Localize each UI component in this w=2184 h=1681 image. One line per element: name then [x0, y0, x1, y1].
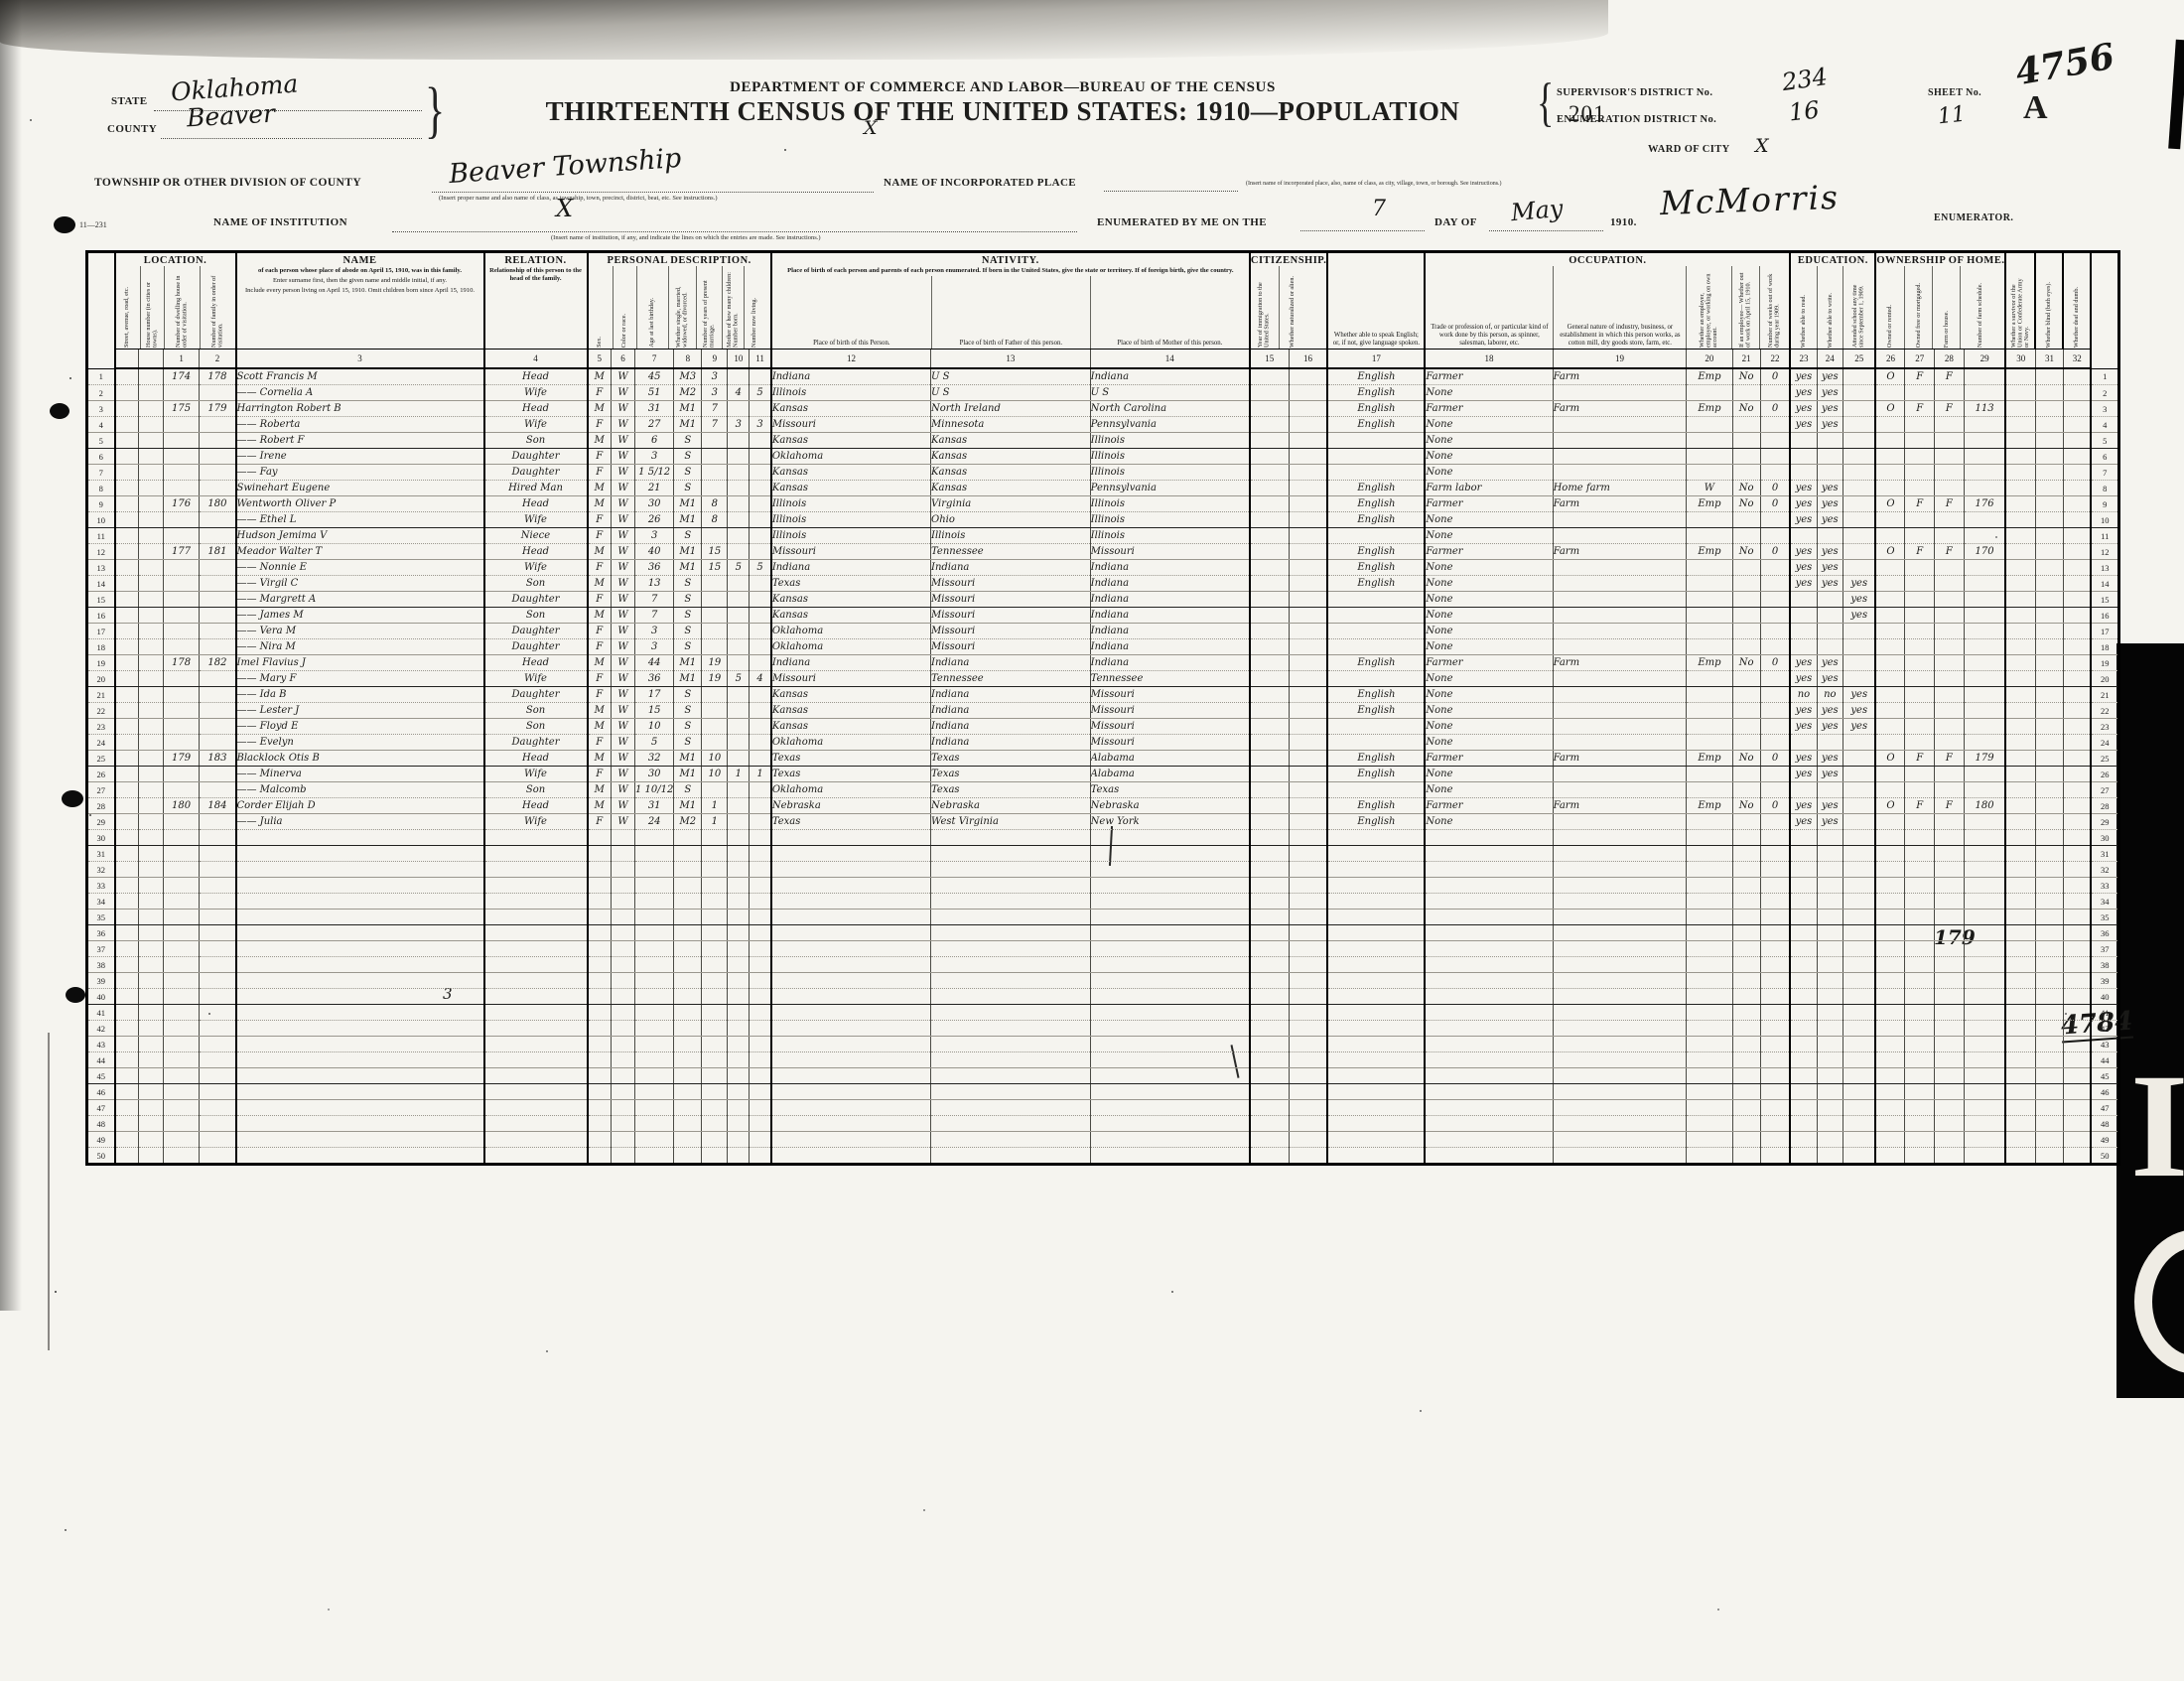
cell-house-number: [139, 417, 163, 433]
cell-marital-status: M1: [674, 560, 702, 576]
cell-age: 31: [635, 401, 674, 417]
cell-home-free: [1905, 703, 1935, 719]
cell-attended-school: [1843, 910, 1876, 925]
row-number-right: 32: [2091, 862, 2118, 878]
cell-house-number: [139, 401, 163, 417]
cell-farm-schedule: [1964, 687, 2005, 703]
cell-dwelling-number: [163, 846, 200, 862]
cell-home-free: [1905, 1021, 1935, 1037]
cell-dwelling-number: [163, 910, 200, 925]
column-number-19: 19: [1553, 350, 1687, 369]
cell-weeks-out: [1760, 592, 1790, 608]
cell-farm-or-house: [1935, 1052, 1965, 1068]
cell-mother-birthplace: Indiana: [1090, 368, 1250, 385]
cell-out-of-work: [1732, 814, 1760, 830]
cell-mother-birthplace: Indiana: [1090, 639, 1250, 655]
cell-employer-status: [1687, 465, 1732, 481]
cell-marital-status: [674, 1021, 702, 1037]
cell-naturalized: [1289, 989, 1327, 1005]
cell-farm-schedule: [1964, 592, 2005, 608]
cell-civil-war-veteran: [2005, 925, 2035, 941]
cell-children-born: [728, 1084, 750, 1100]
row-number-right: 19: [2091, 655, 2118, 671]
cell-age: [635, 1132, 674, 1148]
cell-farm-schedule: 170: [1964, 544, 2005, 560]
cell-children-living: [750, 735, 771, 751]
cell-speaks-english: [1327, 608, 1425, 624]
cell-color-race: [612, 910, 635, 925]
group-header-citizenship: CITIZENSHIP.Year of immigration to the U…: [1250, 252, 1328, 350]
scan-speckles: [30, 119, 32, 121]
cell-speaks-english: English: [1327, 368, 1425, 385]
cell-blind: [2035, 592, 2063, 608]
cell-birthplace: [771, 1037, 931, 1052]
cell-trade: None: [1425, 465, 1553, 481]
year-label: 1910.: [1610, 216, 1637, 228]
cell-attended-school: [1843, 1148, 1876, 1165]
cell-can-write: [1817, 608, 1843, 624]
cell-name: —— Minerva: [236, 767, 484, 782]
row-number-left: 22: [87, 703, 115, 719]
cell-house-number: [139, 782, 163, 798]
cell-farm-schedule: [1964, 989, 2005, 1005]
cell-house-number: [139, 846, 163, 862]
cell-name: [236, 830, 484, 846]
cell-street: [115, 751, 139, 767]
row-number-right: 15: [2091, 592, 2118, 608]
cell-relation: Wife: [484, 512, 588, 528]
column-number-8: 8: [674, 350, 702, 369]
cell-years-married: [702, 1084, 728, 1100]
cell-children-living: [750, 782, 771, 798]
cell-children-born: [728, 719, 750, 735]
cell-home-free: F: [1905, 798, 1935, 814]
cell-immigration-year: [1250, 925, 1289, 941]
cell-weeks-out: [1760, 1132, 1790, 1148]
cell-can-write: [1817, 830, 1843, 846]
cell-immigration-year: [1250, 368, 1289, 385]
cell-street: [115, 1100, 139, 1116]
cell-marital-status: [674, 941, 702, 957]
cell-children-born: [728, 496, 750, 512]
cell-farm-or-house: [1935, 925, 1965, 941]
county-value: Beaver: [186, 99, 275, 133]
row-number-right: 5: [2091, 433, 2118, 449]
cell-home-owned: [1875, 973, 1905, 989]
cell-blind: [2035, 846, 2063, 862]
cell-farm-or-house: [1935, 814, 1965, 830]
column-number-10: 10: [728, 350, 750, 369]
cell-civil-war-veteran: [2005, 719, 2035, 735]
cell-family-number: [200, 846, 236, 862]
cell-trade: None: [1425, 703, 1553, 719]
cell-name: —— Evelyn: [236, 735, 484, 751]
cell-dwelling-number: [163, 894, 200, 910]
cell-children-born: [728, 989, 750, 1005]
column-number-16: 16: [1289, 350, 1327, 369]
cell-relation: Head: [484, 401, 588, 417]
cell-attended-school: [1843, 401, 1876, 417]
enumerator-signature: McMorris: [1659, 178, 1840, 222]
cell-employer-status: Emp: [1687, 798, 1732, 814]
cell-can-write: no: [1817, 687, 1843, 703]
cell-children-living: [750, 703, 771, 719]
row-number-left: 25: [87, 751, 115, 767]
cell-home-free: F: [1905, 401, 1935, 417]
cell-farm-or-house: [1935, 639, 1965, 655]
cell-speaks-english: [1327, 1116, 1425, 1132]
cell-color-race: W: [612, 433, 635, 449]
cell-naturalized: [1289, 512, 1327, 528]
cell-farm-or-house: [1935, 433, 1965, 449]
group-header-column: Whether blind (both eyes).: [2035, 252, 2063, 350]
cell-years-married: [702, 687, 728, 703]
column-number-18: 18: [1425, 350, 1553, 369]
cell-home-free: [1905, 973, 1935, 989]
column-number-31: 31: [2035, 350, 2063, 369]
cell-age: 40: [635, 544, 674, 560]
cell-family-number: [200, 576, 236, 592]
cell-name: [236, 910, 484, 925]
cell-relation: Head: [484, 798, 588, 814]
cell-birthplace: Kansas: [771, 687, 931, 703]
cell-farm-schedule: [1964, 878, 2005, 894]
cell-street: [115, 385, 139, 401]
cell-home-owned: [1875, 1037, 1905, 1052]
cell-civil-war-veteran: [2005, 481, 2035, 496]
cell-blind: [2035, 894, 2063, 910]
cell-birthplace: [771, 1021, 931, 1037]
cell-industry: [1553, 973, 1687, 989]
cell-marital-status: S: [674, 433, 702, 449]
cell-dwelling-number: [163, 735, 200, 751]
cell-farm-or-house: [1935, 782, 1965, 798]
cell-immigration-year: [1250, 1052, 1289, 1068]
cell-weeks-out: [1760, 1037, 1790, 1052]
cell-children-born: [728, 368, 750, 385]
cell-civil-war-veteran: [2005, 894, 2035, 910]
cell-age: 24: [635, 814, 674, 830]
cell-house-number: [139, 1100, 163, 1116]
cell-sex: M: [588, 608, 612, 624]
incorporated-note: (Insert name of incorporated place, also…: [1246, 181, 1583, 187]
cell-civil-war-veteran: [2005, 512, 2035, 528]
cell-children-born: [728, 703, 750, 719]
cell-children-born: [728, 751, 750, 767]
cell-employer-status: [1687, 782, 1732, 798]
cell-trade: None: [1425, 608, 1553, 624]
cell-years-married: [702, 1100, 728, 1116]
cell-color-race: W: [612, 592, 635, 608]
cell-immigration-year: [1250, 671, 1289, 687]
cell-immigration-year: [1250, 576, 1289, 592]
cell-dwelling-number: [163, 830, 200, 846]
cell-children-living: 4: [750, 671, 771, 687]
cell-out-of-work: [1732, 639, 1760, 655]
cell-street: [115, 671, 139, 687]
cell-street: [115, 1116, 139, 1132]
cell-weeks-out: [1760, 846, 1790, 862]
cell-sex: [588, 1100, 612, 1116]
cell-can-read: [1790, 449, 1817, 465]
township-value: Beaver Township: [448, 143, 682, 190]
township-line: [432, 191, 874, 193]
cell-dwelling-number: [163, 1148, 200, 1165]
county-label: COUNTY: [107, 123, 157, 135]
cell-blind: [2035, 544, 2063, 560]
cell-weeks-out: [1760, 608, 1790, 624]
cell-deaf-dumb: [2063, 703, 2091, 719]
cell-street: [115, 687, 139, 703]
cell-civil-war-veteran: [2005, 1021, 2035, 1037]
cell-relation: Wife: [484, 671, 588, 687]
cell-children-living: [750, 1084, 771, 1100]
cell-farm-or-house: [1935, 481, 1965, 496]
cell-employer-status: [1687, 1068, 1732, 1084]
column-number-30: 30: [2005, 350, 2035, 369]
cell-can-read: [1790, 1116, 1817, 1132]
cell-blind: [2035, 465, 2063, 481]
cell-employer-status: [1687, 433, 1732, 449]
cell-out-of-work: [1732, 560, 1760, 576]
row-number-right: 34: [2091, 894, 2118, 910]
cell-speaks-english: [1327, 671, 1425, 687]
cell-house-number: [139, 703, 163, 719]
cell-naturalized: [1289, 417, 1327, 433]
cell-years-married: 8: [702, 496, 728, 512]
cell-children-born: 5: [728, 671, 750, 687]
cell-farm-or-house: [1935, 1116, 1965, 1132]
cell-name: Wentworth Oliver P: [236, 496, 484, 512]
cell-age: 3: [635, 624, 674, 639]
cell-industry: [1553, 1132, 1687, 1148]
cell-home-owned: [1875, 719, 1905, 735]
cell-naturalized: [1289, 655, 1327, 671]
cell-home-owned: [1875, 1116, 1905, 1132]
cell-can-write: yes: [1817, 767, 1843, 782]
cell-mother-birthplace: [1090, 830, 1250, 846]
row-number-left: 20: [87, 671, 115, 687]
cell-can-read: [1790, 957, 1817, 973]
cell-can-write: yes: [1817, 385, 1843, 401]
cell-farm-or-house: [1935, 465, 1965, 481]
cell-attended-school: [1843, 1116, 1876, 1132]
cell-family-number: [200, 512, 236, 528]
cell-deaf-dumb: [2063, 925, 2091, 941]
cell-family-number: [200, 1148, 236, 1165]
cell-weeks-out: 0: [1760, 655, 1790, 671]
cell-industry: [1553, 671, 1687, 687]
cell-speaks-english: English: [1327, 496, 1425, 512]
cell-age: [635, 925, 674, 941]
cell-street: [115, 1148, 139, 1165]
cell-trade: None: [1425, 512, 1553, 528]
cell-house-number: [139, 751, 163, 767]
row-number-left: 48: [87, 1116, 115, 1132]
row-number-left: 12: [87, 544, 115, 560]
cell-age: 3: [635, 528, 674, 544]
cell-employer-status: [1687, 862, 1732, 878]
cell-farm-schedule: [1964, 576, 2005, 592]
cell-children-born: [728, 1005, 750, 1021]
day-of-label: DAY OF: [1434, 216, 1477, 228]
cell-home-free: [1905, 830, 1935, 846]
cell-industry: [1553, 385, 1687, 401]
cell-dwelling-number: 179: [163, 751, 200, 767]
cell-can-read: yes: [1790, 814, 1817, 830]
cell-civil-war-veteran: [2005, 592, 2035, 608]
cell-children-living: 1: [750, 767, 771, 782]
cell-children-living: [750, 798, 771, 814]
cell-immigration-year: [1250, 433, 1289, 449]
cell-can-write: yes: [1817, 417, 1843, 433]
cell-blind: [2035, 608, 2063, 624]
cell-industry: [1553, 989, 1687, 1005]
cell-sex: F: [588, 417, 612, 433]
cell-can-write: [1817, 894, 1843, 910]
cell-home-free: [1905, 719, 1935, 735]
cell-deaf-dumb: [2063, 368, 2091, 385]
cell-relation: Daughter: [484, 735, 588, 751]
cell-father-birthplace: Indiana: [931, 719, 1091, 735]
cell-speaks-english: [1327, 1021, 1425, 1037]
cell-sex: F: [588, 560, 612, 576]
cell-employer-status: [1687, 767, 1732, 782]
incorporated-line: [1104, 190, 1238, 192]
cell-age: [635, 1005, 674, 1021]
cell-trade: None: [1425, 528, 1553, 544]
cell-employer-status: [1687, 910, 1732, 925]
cell-name: —— Virgil C: [236, 576, 484, 592]
cell-farm-schedule: [1964, 624, 2005, 639]
cell-weeks-out: [1760, 989, 1790, 1005]
cell-mother-birthplace: [1090, 1148, 1250, 1165]
cell-mother-birthplace: New York: [1090, 814, 1250, 830]
cell-mother-birthplace: U S: [1090, 385, 1250, 401]
cell-age: 3: [635, 639, 674, 655]
state-label: STATE: [111, 95, 147, 107]
cell-dwelling-number: [163, 465, 200, 481]
cell-farm-or-house: [1935, 624, 1965, 639]
column-label: Age at last birthday.: [649, 297, 656, 349]
cell-children-born: [728, 782, 750, 798]
cell-relation: Daughter: [484, 449, 588, 465]
cell-family-number: [200, 830, 236, 846]
cell-children-living: [750, 941, 771, 957]
cell-immigration-year: [1250, 1037, 1289, 1052]
cell-age: 15: [635, 703, 674, 719]
cell-home-owned: [1875, 465, 1905, 481]
cell-out-of-work: No: [1732, 751, 1760, 767]
cell-can-write: [1817, 639, 1843, 655]
cell-color-race: W: [612, 798, 635, 814]
cell-industry: [1553, 767, 1687, 782]
cell-immigration-year: [1250, 782, 1289, 798]
cell-family-number: [200, 528, 236, 544]
cell-farm-or-house: [1935, 989, 1965, 1005]
cell-weeks-out: [1760, 1005, 1790, 1021]
dept-line: DEPARTMENT OF COMMERCE AND LABOR—BUREAU …: [556, 79, 1449, 96]
cell-weeks-out: [1760, 1021, 1790, 1037]
cell-birthplace: [771, 957, 931, 973]
column-number-7: 7: [635, 350, 674, 369]
cell-can-write: [1817, 846, 1843, 862]
cell-children-born: [728, 433, 750, 449]
cell-children-living: [750, 1005, 771, 1021]
cell-mother-birthplace: [1090, 1005, 1250, 1021]
cell-deaf-dumb: [2063, 576, 2091, 592]
cell-sex: F: [588, 449, 612, 465]
cell-blind: [2035, 385, 2063, 401]
row-number-right: 8: [2091, 481, 2118, 496]
cell-trade: [1425, 1005, 1553, 1021]
cell-children-born: 3: [728, 417, 750, 433]
cell-birthplace: Oklahoma: [771, 624, 931, 639]
cell-home-free: [1905, 1068, 1935, 1084]
cell-can-read: yes: [1790, 401, 1817, 417]
cell-industry: [1553, 1005, 1687, 1021]
cell-family-number: [200, 417, 236, 433]
cell-attended-school: [1843, 751, 1876, 767]
cell-birthplace: Oklahoma: [771, 782, 931, 798]
cell-children-born: [728, 941, 750, 957]
cell-farm-or-house: F: [1935, 544, 1965, 560]
cell-dwelling-number: [163, 989, 200, 1005]
cell-blind: [2035, 1068, 2063, 1084]
cell-naturalized: [1289, 1100, 1327, 1116]
cell-attended-school: [1843, 894, 1876, 910]
cell-speaks-english: English: [1327, 401, 1425, 417]
cell-family-number: 182: [200, 655, 236, 671]
cell-immigration-year: [1250, 528, 1289, 544]
cell-out-of-work: [1732, 576, 1760, 592]
cell-deaf-dumb: [2063, 1037, 2091, 1052]
cell-relation: [484, 830, 588, 846]
cell-age: [635, 1084, 674, 1100]
cell-children-born: [728, 1116, 750, 1132]
cell-employer-status: [1687, 512, 1732, 528]
cell-marital-status: [674, 957, 702, 973]
cell-mother-birthplace: Illinois: [1090, 512, 1250, 528]
column-number-2: 2: [200, 350, 236, 369]
column-number-32: 32: [2063, 350, 2091, 369]
cell-industry: [1553, 512, 1687, 528]
cell-age: 31: [635, 798, 674, 814]
cell-house-number: [139, 496, 163, 512]
cell-weeks-out: [1760, 449, 1790, 465]
cell-farm-schedule: [1964, 639, 2005, 655]
cell-weeks-out: [1760, 1068, 1790, 1084]
cell-can-write: [1817, 528, 1843, 544]
cell-trade: [1425, 1084, 1553, 1100]
cell-weeks-out: 0: [1760, 401, 1790, 417]
cell-blind: [2035, 782, 2063, 798]
cell-trade: [1425, 1100, 1553, 1116]
cell-home-owned: O: [1875, 751, 1905, 767]
cell-relation: [484, 1148, 588, 1165]
cell-trade: [1425, 941, 1553, 957]
cell-years-married: [702, 624, 728, 639]
cell-can-write: yes: [1817, 481, 1843, 496]
cell-can-write: [1817, 1132, 1843, 1148]
cell-name: —— Julia: [236, 814, 484, 830]
cell-family-number: [200, 608, 236, 624]
cell-relation: Daughter: [484, 624, 588, 639]
cell-blind: [2035, 496, 2063, 512]
cell-attended-school: yes: [1843, 719, 1876, 735]
column-number-14: 14: [1090, 350, 1250, 369]
cell-birthplace: Oklahoma: [771, 449, 931, 465]
